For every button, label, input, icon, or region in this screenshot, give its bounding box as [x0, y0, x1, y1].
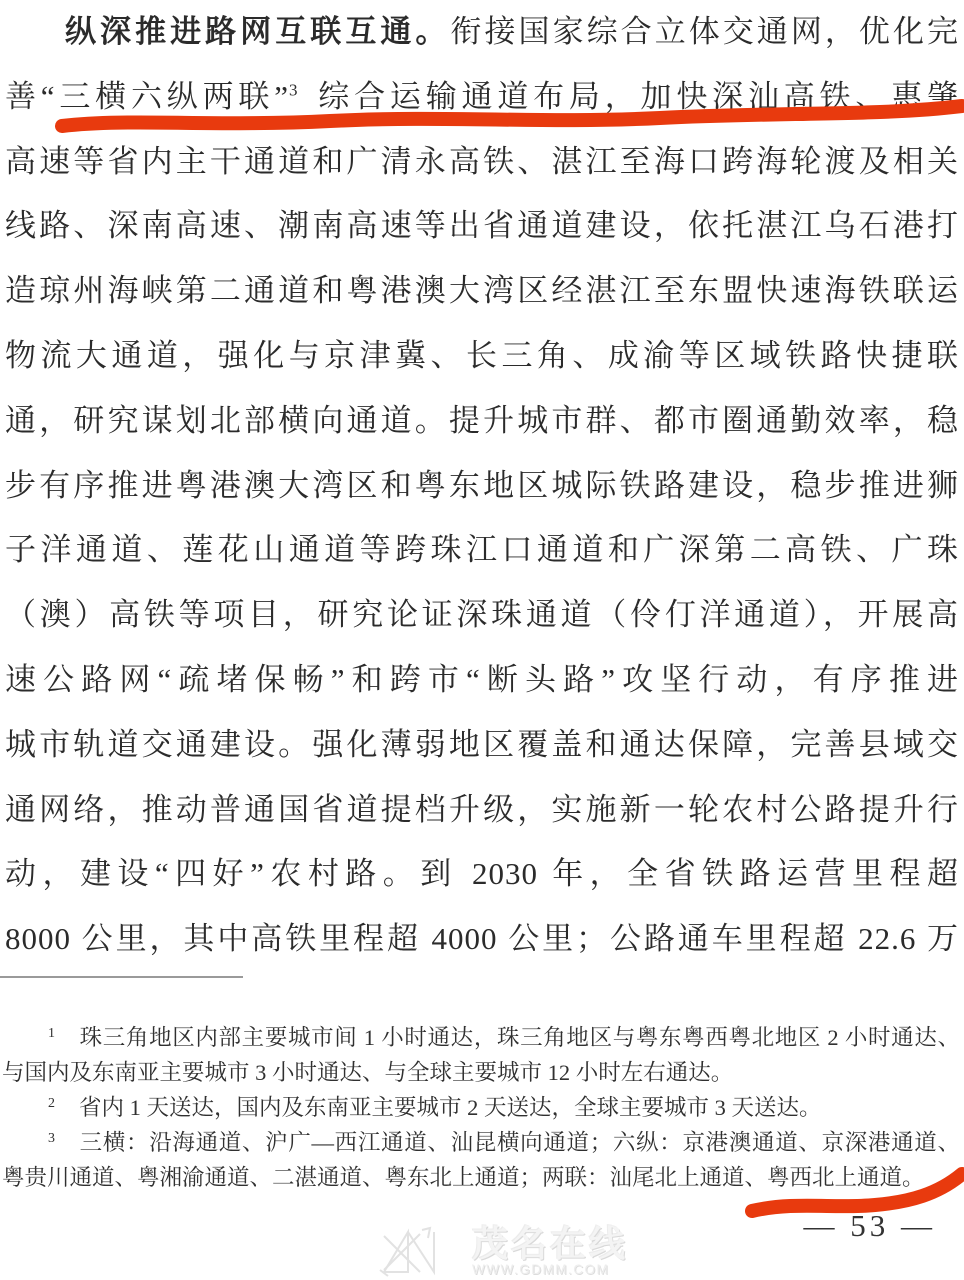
- body-line: 线路、深南高速、潮南高速等出省通道建设，依托湛江乌石港打: [5, 194, 959, 259]
- body-line-text: 综合运输通道布局，加快深汕高铁、惠肇: [298, 79, 959, 114]
- body-line-text: 善“三横六纵两联”: [5, 79, 289, 114]
- paragraph: 纵深推进路网互联互通。衔接国家综合立体交通网，优化完 善“三横六纵两联”3综合运…: [5, 0, 959, 972]
- watermark-logo-icon: [378, 1226, 464, 1278]
- body-line: 纵深推进路网互联互通。衔接国家综合立体交通网，优化完: [5, 0, 959, 65]
- body-line: （澳）高铁等项目，研究论证深珠通道（伶仃洋通道），开展高: [5, 583, 959, 648]
- footnotes: 1珠三角地区内部主要城市间 1 小时通达，珠三角地区与粤东粤西粤北地区 2 小时…: [2, 1020, 960, 1195]
- body-line: 通网络，推动普通国省道提档升级，实施新一轮农村公路提升行: [5, 778, 959, 843]
- body-line: 通，研究谋划北部横向通道。提升城市群、都市圈通勤效率，稳: [5, 389, 959, 454]
- body-line: 8000 公里，其中高铁里程超 4000 公里；公路通车里程超 22.6 万: [5, 907, 959, 972]
- footnote-text: 珠三角地区内部主要城市间 1 小时通达，珠三角地区与粤东粤西粤北地区 2 小时通…: [79, 1025, 960, 1050]
- footnote-3-line-1: 3三横：沿海通道、沪广—西江通道、汕昆横向通道；六纵：京港澳通道、京深港通道、: [2, 1125, 960, 1160]
- footnote-text: 三横：沿海通道、沪广—西江通道、汕昆横向通道；六纵：京港澳通道、京深港通道、: [79, 1130, 960, 1155]
- watermark-text: 茂名在线 WWW.GDMM.COM: [472, 1226, 628, 1277]
- watermark-url: WWW.GDMM.COM: [472, 1262, 628, 1277]
- body-line: 物流大通道，强化与京津冀、长三角、成渝等区域铁路快捷联: [5, 324, 959, 389]
- footnote-1-marker: 1: [48, 1026, 55, 1041]
- body-line: 善“三横六纵两联”3综合运输通道布局，加快深汕高铁、惠肇: [5, 65, 959, 130]
- footnote-2-line-1: 2省内 1 天送达，国内及东南亚主要城市 2 天送达，全球主要城市 3 天送达。: [2, 1090, 960, 1125]
- footnote-1-line-1: 1珠三角地区内部主要城市间 1 小时通达，珠三角地区与粤东粤西粤北地区 2 小时…: [2, 1020, 960, 1055]
- footnote-1-line-2: 与国内及东南亚主要城市 3 小时通达、与全球主要城市 12 小时左右通达。: [2, 1055, 960, 1090]
- document-page: 纵深推进路网互联互通。衔接国家综合立体交通网，优化完 善“三横六纵两联”3综合运…: [0, 0, 964, 1280]
- body-line: 子洋通道、莲花山通道等跨珠江口通道和广深第二高铁、广珠: [5, 518, 959, 583]
- body-line-text: 衔接国家综合立体交通网，优化完: [450, 14, 959, 49]
- body-line: 动，建设“四好”农村路。到 2030 年，全省铁路运营里程超: [5, 842, 959, 907]
- footnote-separator: [0, 976, 243, 978]
- page-number: — 53 —: [804, 1208, 937, 1244]
- watermark-site-name: 茂名在线: [472, 1226, 628, 1262]
- footnote-3-marker: 3: [48, 1131, 55, 1146]
- body-line: 步有序推进粤港澳大湾区和粤东地区城际铁路建设，稳步推进狮: [5, 454, 959, 519]
- body-line: 城市轨道交通建设。强化薄弱地区覆盖和通达保障，完善县域交: [5, 713, 959, 778]
- bold-lead-sentence: 纵深推进路网互联互通。: [5, 14, 450, 49]
- watermark: 茂名在线 WWW.GDMM.COM: [378, 1226, 628, 1278]
- body-line: 造琼州海峡第二通道和粤港澳大湾区经湛江至东盟快速海铁联运: [5, 259, 959, 324]
- footnote-text: 省内 1 天送达，国内及东南亚主要城市 2 天送达，全球主要城市 3 天送达。: [79, 1095, 822, 1120]
- body-line: 高速等省内主干通道和广清永高铁、湛江至海口跨海轮渡及相关: [5, 130, 959, 195]
- footnote-3-line-2: 粤贵川通道、粤湘渝通道、二湛通道、粤东北上通道；两联：汕尾北上通道、粤西北上通道…: [2, 1160, 960, 1195]
- footnote-2-marker: 2: [48, 1096, 55, 1111]
- body-line: 速公路网“疏堵保畅”和跨市“断头路”攻坚行动，有序推进: [5, 648, 959, 713]
